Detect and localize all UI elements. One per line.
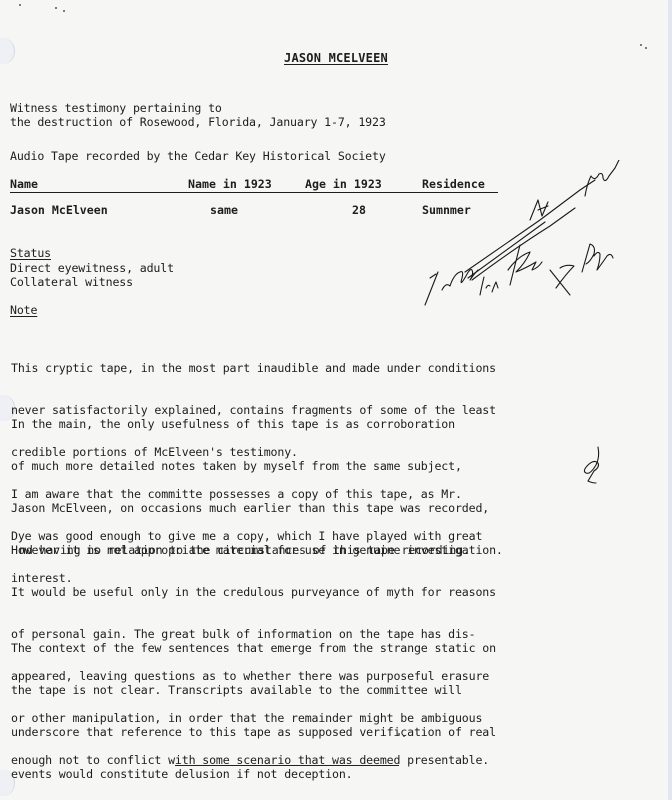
status-line-2: Collateral witness [10, 275, 133, 289]
paragraph-line: events would constitute delusion if not … [11, 767, 496, 781]
paragraph-line: In the main, the only usefulness of this… [11, 417, 489, 431]
handwritten-signature-icon [420, 160, 620, 310]
paragraph-line: However it is not appropriate material f… [11, 543, 503, 557]
recording-note: Audio Tape recorded by the Cedar Key His… [10, 149, 386, 163]
status-line-1: Direct eyewitness, adult [10, 261, 174, 275]
signature-line [175, 765, 399, 766]
paragraph-line: This cryptic tape, in the most part inau… [11, 361, 496, 375]
document-title-text: JASON MCELVEEN [284, 51, 388, 65]
status-heading: Status [10, 246, 51, 260]
cell-name-in-1923: same [210, 203, 238, 217]
scan-edge [668, 0, 672, 800]
handwritten-initials-icon [580, 445, 610, 485]
paragraph-line: the tape is not clear. Transcripts avail… [11, 683, 496, 697]
scan-speck [63, 10, 65, 12]
document-title: JASON MCELVEEN [0, 51, 672, 65]
header-name-in-1923: Name in 1923 [188, 177, 272, 191]
header-age-in-1923: Age in 1923 [305, 177, 382, 191]
paragraph-line: The context of the few sentences that em… [11, 641, 496, 655]
paragraph-line: It would be useful only in the credulous… [11, 585, 503, 599]
intro-line-2: the destruction of Rosewood, Florida, Ja… [10, 115, 386, 129]
intro-line-1: Witness testimony pertaining to [10, 101, 222, 115]
scan-speck [55, 7, 57, 9]
header-name: Name [10, 177, 38, 191]
cell-name: Jason McElveen [10, 203, 108, 217]
scan-speck [19, 4, 21, 6]
note-heading: Note [10, 303, 37, 317]
cell-age-in-1923: 28 [352, 203, 366, 217]
scan-speck [645, 47, 647, 49]
paragraph-line: underscore that reference to this tape a… [11, 725, 496, 739]
scan-speck [640, 44, 642, 46]
note-paragraph-5: The context of the few sentences that em… [11, 613, 496, 795]
paragraph-line: I am aware that the committe possesses a… [11, 487, 482, 501]
